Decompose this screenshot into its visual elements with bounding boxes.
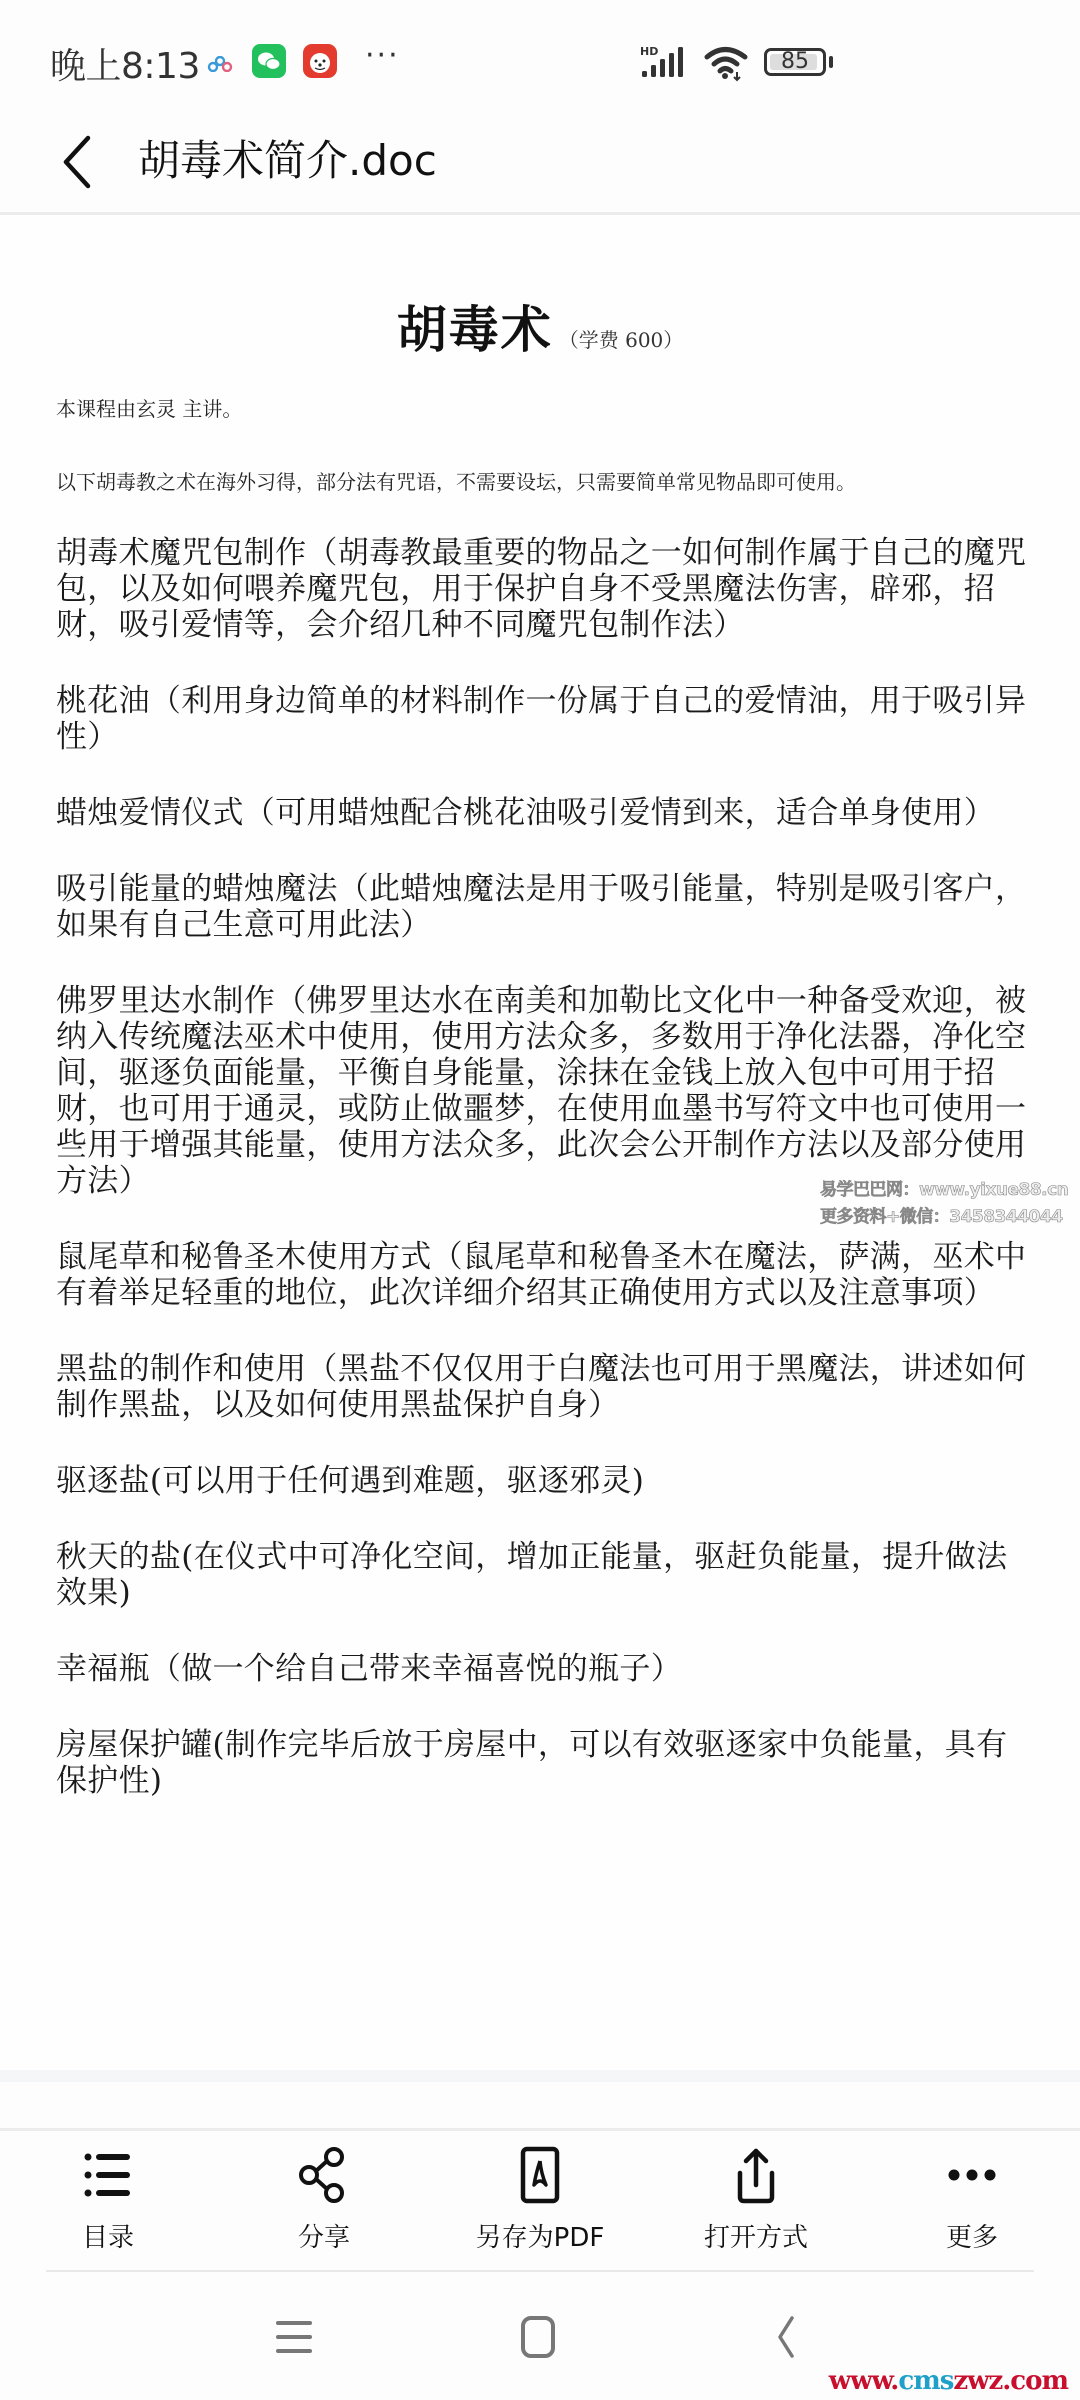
course-item: 桃花油（利用身边简单的材料制作一份属于自己的爱情油，用于吸引异性） [56, 683, 1036, 755]
intro-line: 以下胡毒教之术在海外习得，部分法有咒语，不需要设坛，只需要简单常见物品即可使用。 [56, 466, 856, 495]
more-label: 更多 [892, 2217, 1052, 2254]
more-notifications-indicator: ··· [365, 38, 400, 73]
open-with-icon [726, 2145, 786, 2205]
course-item: 房屋保护罐(制作完毕后放于房屋中，可以有效驱逐家中负能量，具有保护性) [56, 1727, 1036, 1799]
watermark-contact: 更多资料+微信：3458344044 [820, 1202, 1063, 1227]
nav-menu-button[interactable] [272, 2315, 316, 2363]
share-button[interactable]: 分享 [244, 2131, 404, 2273]
cellular-signal-icon: HD [640, 44, 692, 78]
more-icon [942, 2145, 1002, 2205]
wechat-icon [252, 44, 286, 78]
site-watermark-suffix: zwz.com [953, 2366, 1068, 2396]
document-page[interactable]: 胡毒术（学费 600） 本课程由玄灵 主讲。 以下胡毒教之术在海外习得，部分法有… [0, 215, 1080, 2075]
jd-icon [303, 44, 337, 78]
nav-home-button[interactable] [518, 2315, 562, 2363]
course-item: 驱逐盐(可以用于任何遇到难题，驱逐邪灵) [56, 1463, 1036, 1499]
pdf-icon [510, 2145, 570, 2205]
open-with-button[interactable]: 打开方式 [676, 2131, 836, 2273]
save-as-pdf-button[interactable]: 另存为PDF [460, 2131, 620, 2273]
toc-label: 目录 [28, 2217, 188, 2254]
course-item: 蜡烛爱情仪式（可用蜡烛配合桃花油吸引爱情到来，适合单身使用） [56, 795, 1036, 831]
nav-back-icon [770, 2315, 814, 2359]
document-title: 胡毒术简介.doc [138, 128, 437, 188]
nav-back-button[interactable] [770, 2315, 814, 2363]
course-item: 秋天的盐(在仪式中可净化空间，增加正能量，驱赶负能量，提升做法效果) [56, 1539, 1036, 1611]
svg-text:HD: HD [640, 45, 658, 58]
course-item: 幸福瓶（做一个给自己带来幸福喜悦的瓶子） [56, 1651, 1036, 1687]
course-item: 鼠尾草和秘鲁圣木使用方式（鼠尾草和秘鲁圣木在魔法，萨满，巫术中有着举足轻重的地位… [56, 1239, 1036, 1311]
open-with-label: 打开方式 [676, 2217, 836, 2254]
course-item: 吸引能量的蜡烛魔法（此蜡烛魔法是用于吸引能量，特别是吸引客户，如果有自己生意可用… [56, 871, 1036, 943]
share-icon [294, 2145, 354, 2205]
heading-title: 胡毒术 [397, 301, 553, 359]
watermark-site: 易学巴巴网：www.yixue88.cn [820, 1175, 1068, 1200]
toolbar-divider [46, 2270, 1034, 2272]
battery-icon: 85 [764, 48, 826, 76]
battery-tip [829, 56, 833, 68]
lecturer-line: 本课程由玄灵 主讲。 [56, 393, 242, 422]
status-bar: 晚上8:13 ··· HD 85 [0, 0, 1080, 120]
document-heading: 胡毒术（学费 600） [0, 290, 1080, 362]
share-label: 分享 [244, 2217, 404, 2254]
save-as-pdf-label: 另存为PDF [460, 2217, 620, 2254]
home-square-icon [518, 2315, 562, 2359]
site-watermark-middle: cms [898, 2366, 953, 2396]
site-watermark-prefix: www. [829, 2366, 899, 2396]
title-bar: 胡毒术简介.doc [0, 120, 1080, 212]
status-time: 晚上8:13 [50, 38, 200, 89]
chevron-left-icon [56, 126, 106, 196]
course-item: 胡毒术魔咒包制作（胡毒教最重要的物品之一如何制作属于自己的魔咒包，以及如何喂养魔… [56, 535, 1036, 643]
bottom-toolbar: 目录 分享 另存为PDF 打开方式 更多 [0, 2128, 1080, 2273]
course-item: 佛罗里达水制作（佛罗里达水在南美和加勒比文化中一种备受欢迎，被纳入传统魔法巫术中… [56, 983, 1036, 1199]
toc-button[interactable]: 目录 [28, 2131, 188, 2273]
list-icon [78, 2145, 138, 2205]
menu-icon [272, 2315, 316, 2359]
back-button[interactable] [56, 126, 106, 196]
site-watermark: www.cmszwz.com [829, 2366, 1068, 2396]
cloud-sync-icon [207, 56, 233, 72]
wifi-icon [704, 44, 750, 82]
course-item: 黑盐的制作和使用（黑盐不仅仅用于白魔法也可用于黑魔法，讲述如何制作黑盐，以及如何… [56, 1351, 1036, 1423]
page-separator [0, 2070, 1080, 2082]
more-button[interactable]: 更多 [892, 2131, 1052, 2273]
heading-fee: （学费 600） [559, 328, 684, 352]
battery-level: 85 [767, 49, 823, 74]
